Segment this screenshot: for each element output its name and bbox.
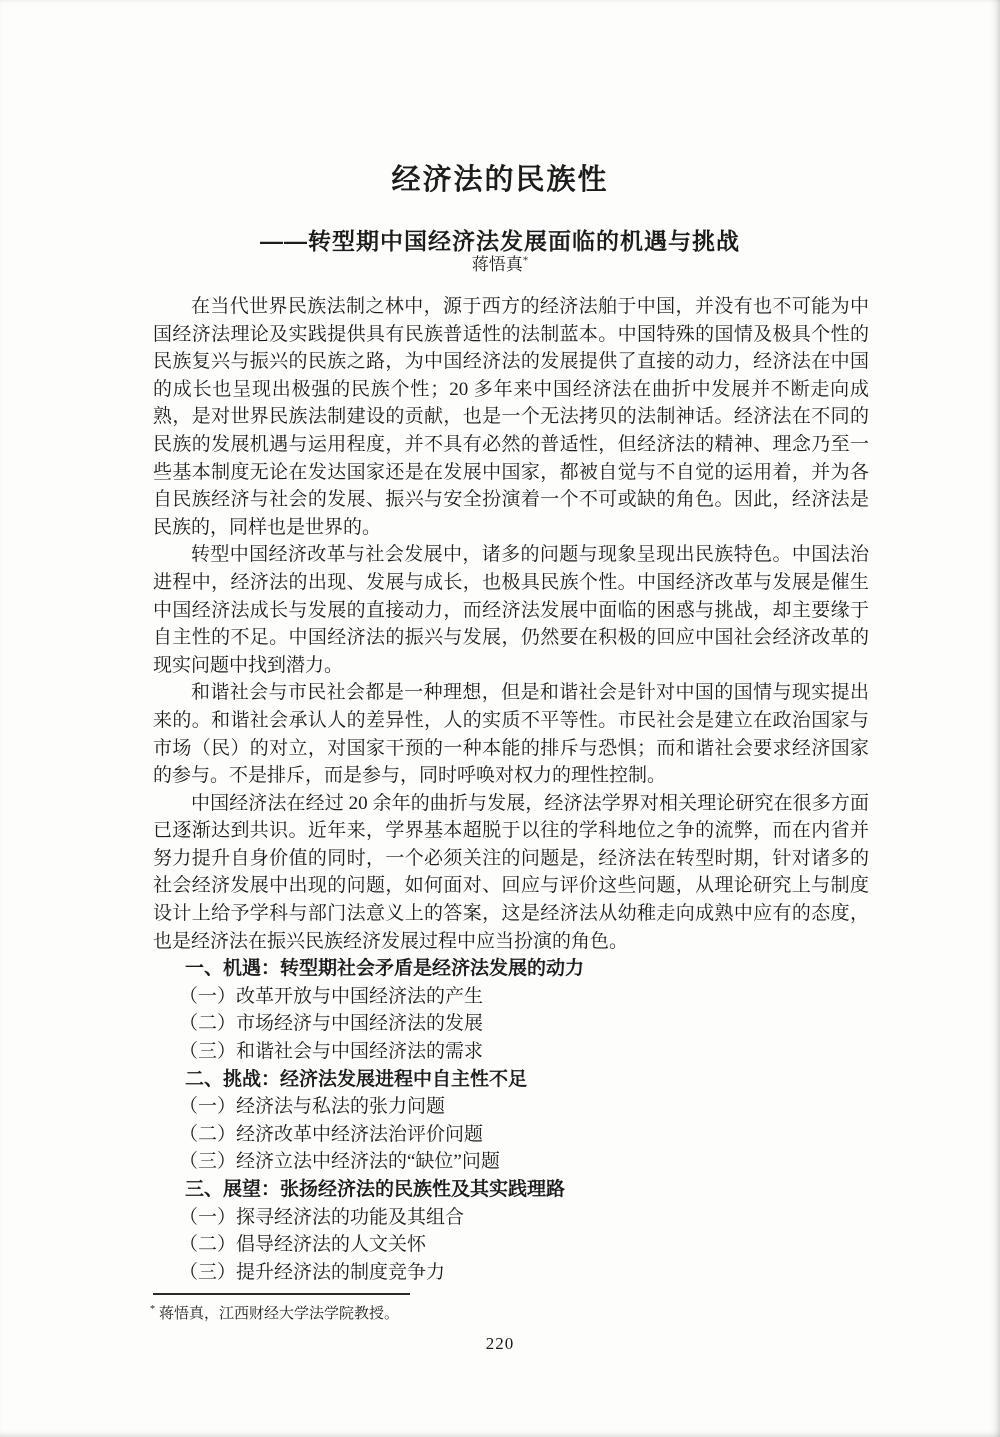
outline-heading-1: 一、机遇：转型期社会矛盾是经济法发展的动力 <box>185 955 869 983</box>
page-number: 220 <box>0 1334 1000 1354</box>
outline-item-3-1: （一）探寻经济法的功能及其组合 <box>179 1204 869 1232</box>
outline-heading-3: 三、展望：张扬经济法的民族性及其实践理路 <box>185 1176 869 1204</box>
paragraph: 中国经济法在经过 20 余年的曲折与发展，经济法学界对相关理论研究在很多方面已逐… <box>153 790 869 956</box>
footnote-marker: * <box>150 1304 155 1315</box>
paragraph: 和谐社会与市民社会都是一种理想，但是和谐社会是针对中国的国情与现实提出来的。和谐… <box>153 679 869 789</box>
footnote: *蒋悟真，江西财经大学法学院教授。 <box>150 1302 750 1323</box>
article-outline: 一、机遇：转型期社会矛盾是经济法发展的动力 （一）改革开放与中国经济法的产生 （… <box>153 955 869 1286</box>
outline-item-3-2: （二）倡导经济法的人文关怀 <box>179 1231 869 1259</box>
outline-item-1-2: （二）市场经济与中国经济法的发展 <box>179 1010 869 1038</box>
outline-item-2-2: （二）经济改革中经济法治评价问题 <box>179 1121 869 1149</box>
outline-item-1-3: （三）和谐社会与中国经济法的需求 <box>179 1038 869 1066</box>
page-title: 经济法的民族性 <box>0 157 1000 198</box>
outline-item-2-1: （一）经济法与私法的张力问题 <box>179 1093 869 1121</box>
outline-item-3-3: （三）提升经济法的制度竞争力 <box>179 1259 869 1287</box>
paragraph: 在当代世界民族法制之林中，源于西方的经济法舶于中国，并没有也不可能为中国经济法理… <box>153 293 869 541</box>
outline-item-2-3: （三）经济立法中经济法的“缺位”问题 <box>179 1148 869 1176</box>
paragraph: 转型中国经济改革与社会发展中，诸多的问题与现象呈现出民族特色。中国法治进程中，经… <box>153 541 869 679</box>
scanned-paper-page: 经济法的民族性 ——转型期中国经济法发展面临的机遇与挑战 蒋悟真* 在当代世界民… <box>0 0 1000 1437</box>
author-footnote-marker: * <box>523 254 529 266</box>
article-body: 在当代世界民族法制之林中，源于西方的经济法舶于中国，并没有也不可能为中国经济法理… <box>153 293 869 1286</box>
author-name: 蒋悟真 <box>472 255 523 274</box>
footnote-divider <box>153 1293 410 1295</box>
outline-item-1-1: （一）改革开放与中国经济法的产生 <box>179 983 869 1011</box>
outline-heading-2: 二、挑战：经济法发展进程中自主性不足 <box>185 1066 869 1094</box>
author-line: 蒋悟真* <box>0 250 1000 275</box>
footnote-text: 蒋悟真，江西财经大学法学院教授。 <box>159 1306 399 1322</box>
